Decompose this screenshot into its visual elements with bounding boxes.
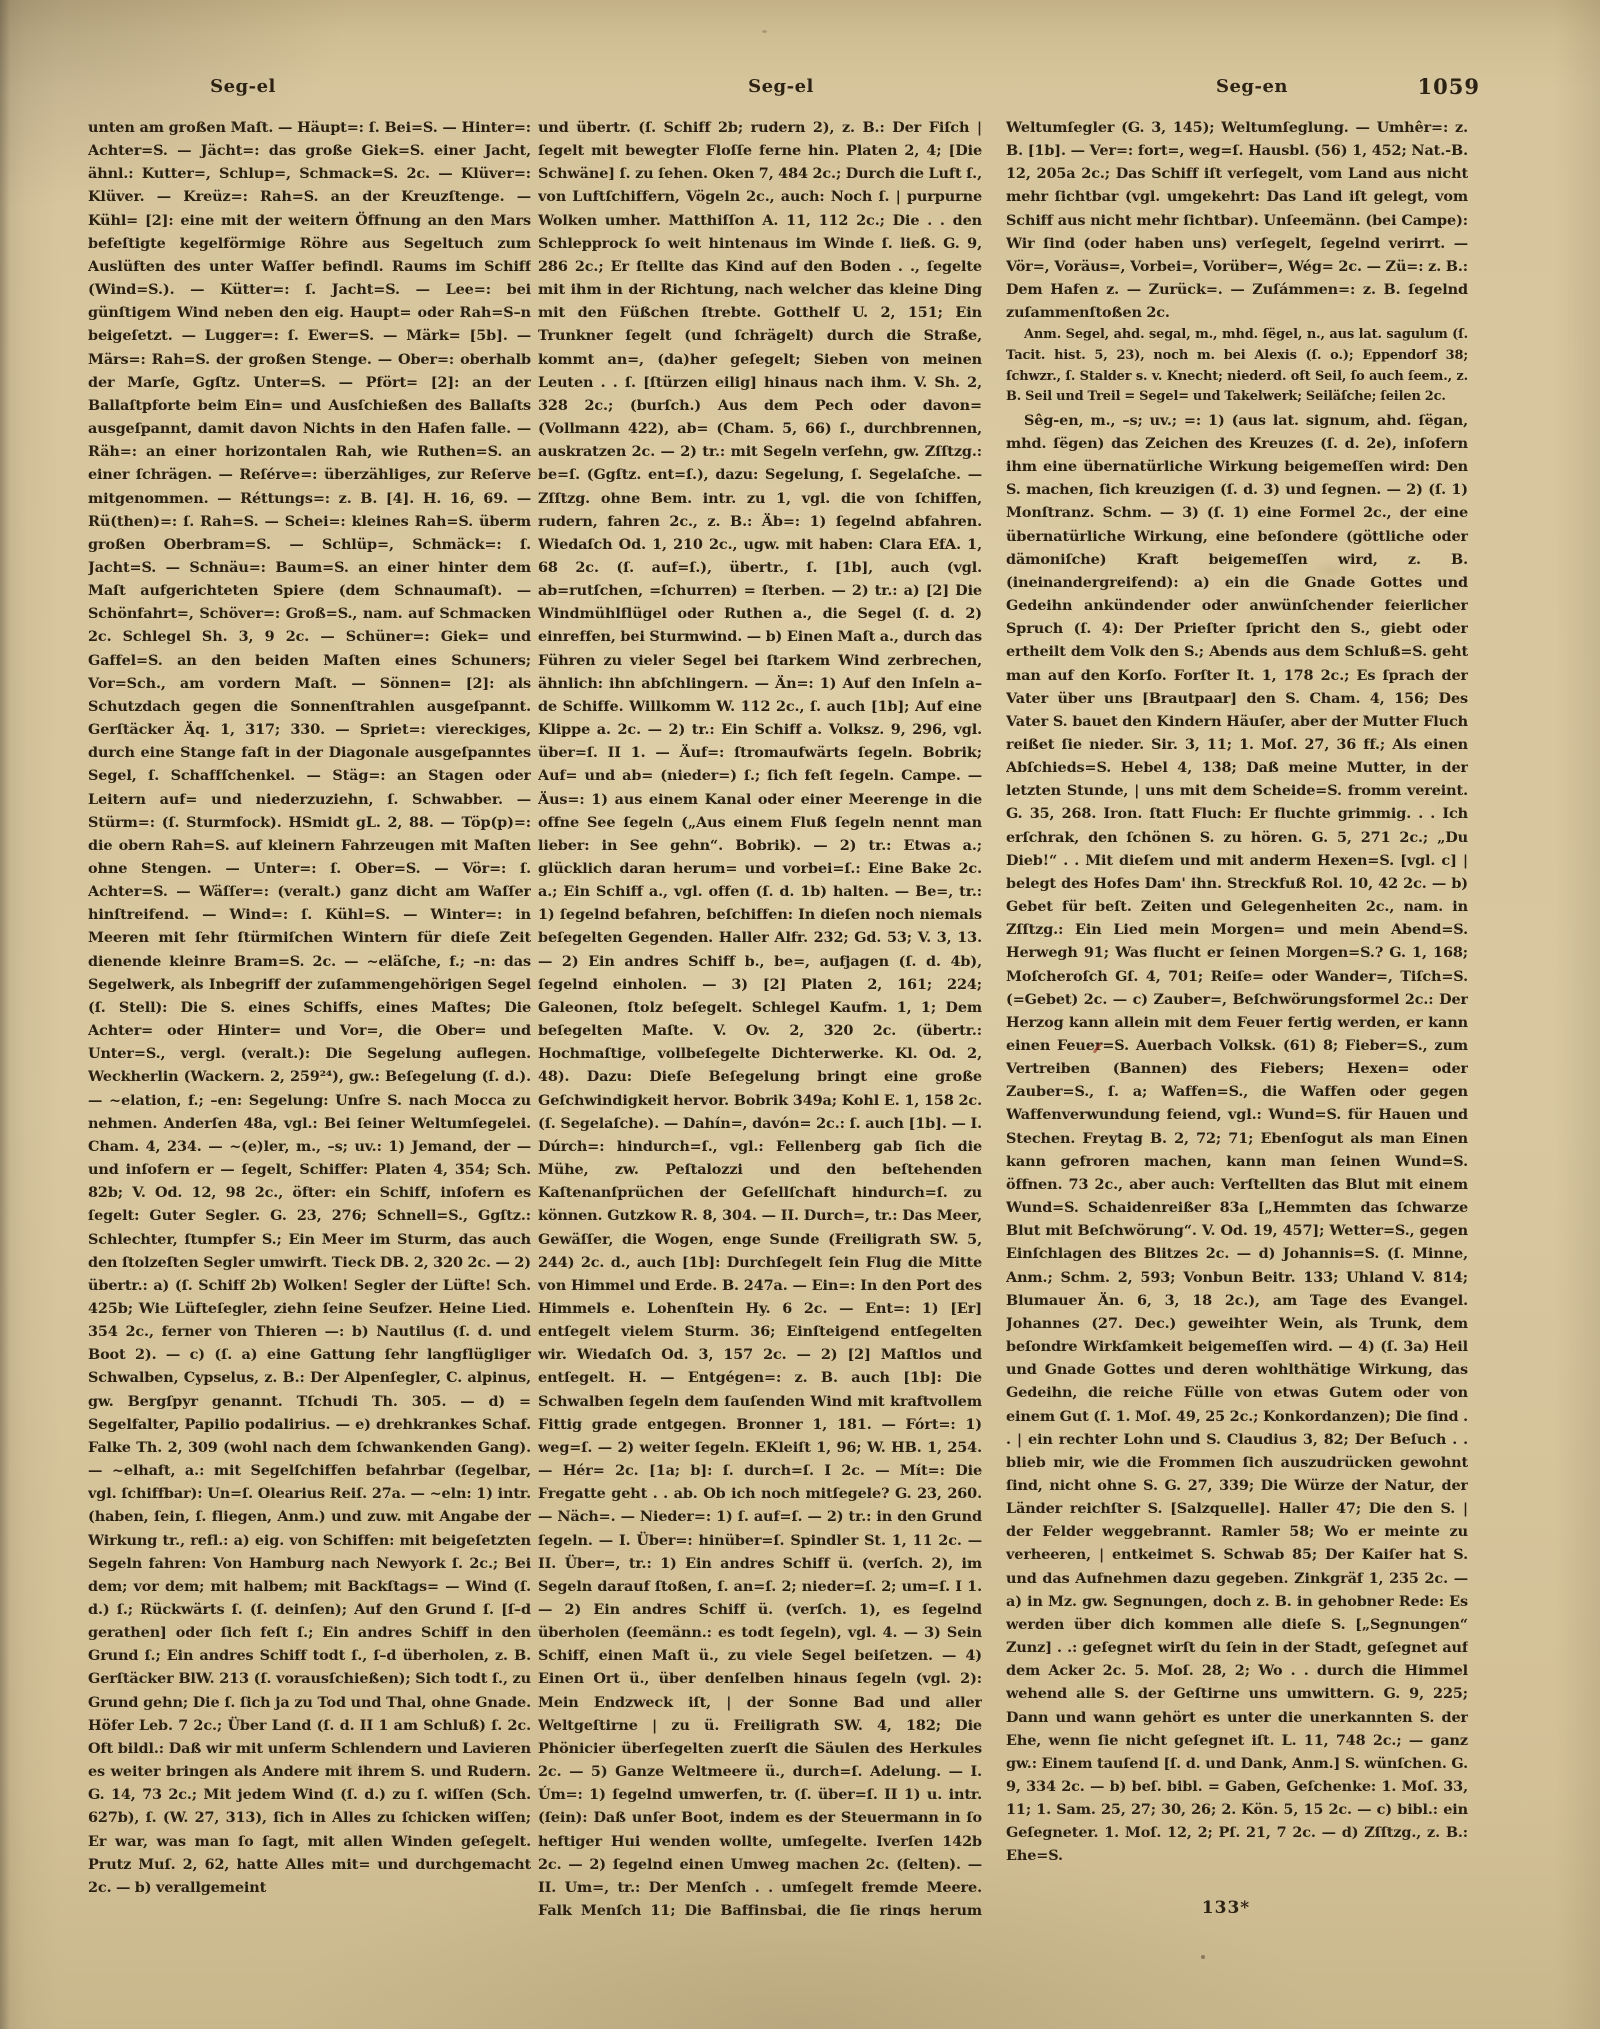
speck-stain (1201, 1955, 1205, 1959)
scan-edge-shadow (0, 0, 10, 2029)
running-head-left: Seg-el (210, 76, 276, 97)
column-left-text: unten am großen Maſt. — Häupt=: ſ. Bei=S… (88, 116, 531, 1899)
text-column-right: Weltumſegler (G. 3, 145); Weltumſeglung.… (1006, 116, 1468, 1916)
text-column-middle: und übertr. (ſ. Schiff 2b; rudern 2), z.… (538, 116, 982, 1916)
running-head-middle: Seg-el (748, 76, 814, 97)
annotation-paragraph: Anm. Segel, ahd. segal, m., mhd. ſëgel, … (1006, 325, 1468, 407)
column-middle-text: und übertr. (ſ. Schiff 2b; rudern 2), z.… (538, 116, 982, 1916)
segen-entry-paragraph: Sêg-en, m., –s; uv.; =: 1) (aus lat. sig… (1006, 409, 1468, 1868)
scanned-dictionary-page: Seg-el Seg-el Seg-en 1059 unten am große… (0, 0, 1600, 2029)
segeln-compounds-paragraph: Weltumſegler (G. 3, 145); Weltumſeglung.… (1006, 116, 1468, 324)
speck-stain (762, 30, 767, 33)
text-column-left: unten am großen Maſt. — Häupt=: ſ. Bei=S… (88, 116, 531, 1916)
signature-mark: 133* (1146, 1898, 1306, 1918)
running-head-right: Seg-en (1216, 76, 1288, 97)
page-number: 1059 (1398, 74, 1480, 99)
